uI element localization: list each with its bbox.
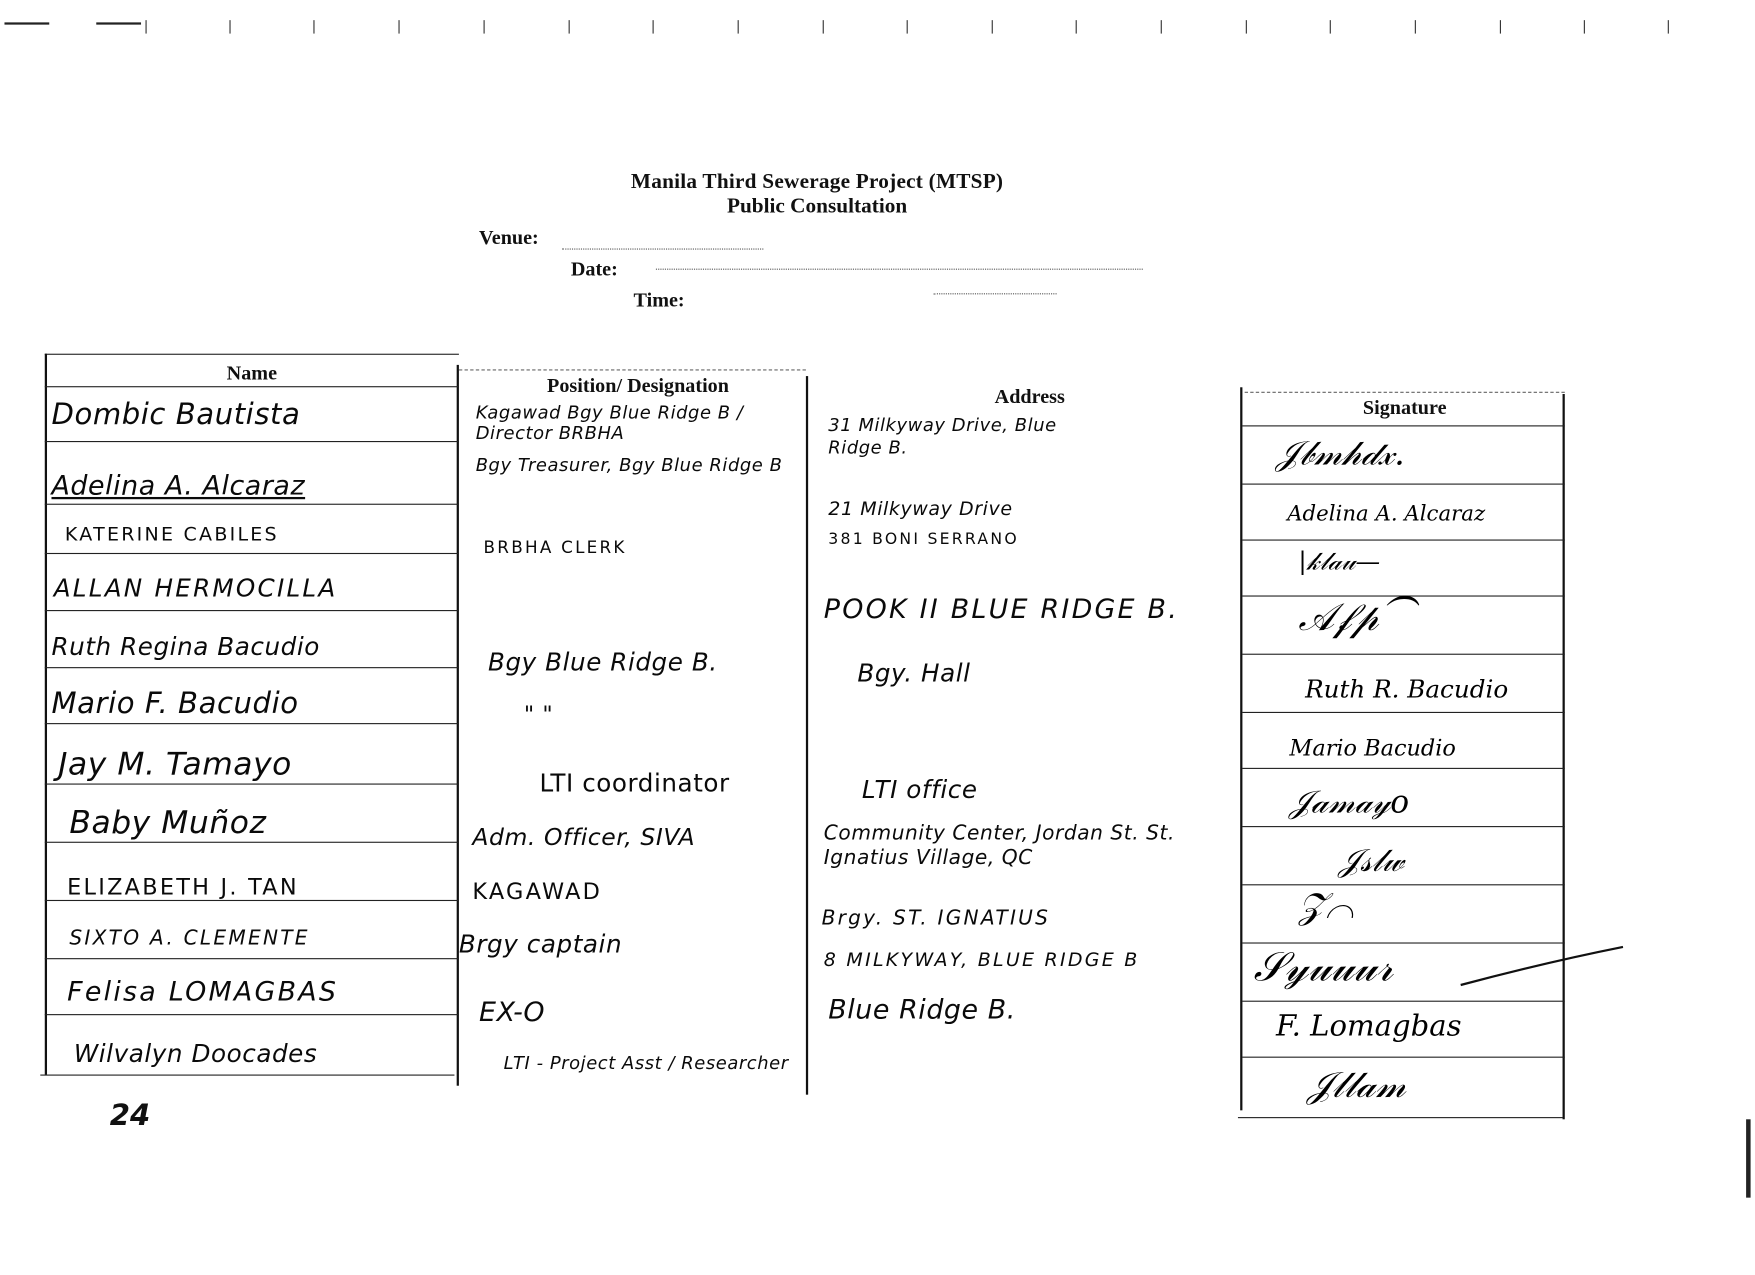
attendee-signature: 𝒥𝒶𝓂𝒶𝓎𝑜	[1289, 784, 1409, 822]
column-header-position: Position/ Designation	[492, 374, 783, 398]
attendee-position: BRBHA CLERK	[484, 537, 627, 557]
attendee-address: Blue Ridge B.	[828, 994, 1016, 1025]
attendee-signature: 𝒥𝒷𝓂𝒽𝒹𝓍.	[1276, 434, 1405, 473]
attendee-address: 8 MILKYWAY, BLUE RIDGE B	[824, 949, 1140, 971]
column-header-address: Address	[940, 385, 1119, 409]
scanned-attendance-sheet: Manila Third Sewerage Project (MTSP) Pub…	[0, 0, 1755, 1275]
attendee-address: 21 Milkyway Drive	[828, 498, 1012, 520]
scan-corner-mark	[96, 22, 141, 24]
attendee-name: KATERINE CABILES	[65, 524, 279, 546]
column-header-name: Name	[168, 362, 336, 386]
venue-label: Venue:	[479, 226, 539, 250]
attendee-position: LTI - Project Asst / Researcher	[504, 1052, 789, 1073]
date-label: Date:	[571, 257, 618, 281]
attendee-position: Bgy Blue Ridge B.	[488, 649, 718, 677]
attendee-position: Brgy captain	[459, 931, 622, 959]
table-border-left	[45, 354, 47, 1075]
attendee-address: LTI office	[862, 777, 978, 805]
attendee-name: ALLAN HERMOCILLA	[54, 575, 338, 603]
attendee-address: Community Center, Jordan St. St. Ignatiu…	[824, 822, 1249, 871]
attendee-address: 31 Milkyway Drive, Blue Ridge B.	[828, 414, 1097, 459]
attendee-position: EX-O	[479, 996, 545, 1027]
attendee-name: Wilvalyn Doocades	[74, 1041, 317, 1069]
attendee-position: " "	[524, 701, 553, 728]
attendee-signature: Ruth R. Bacudio	[1305, 676, 1508, 704]
attendee-position: Kagawad Bgy Blue Ridge B / Director BRBH…	[476, 403, 806, 443]
attendee-position: LTI coordinator	[540, 770, 730, 798]
attendee-name: Dombic Bautista	[51, 398, 300, 432]
attendee-position: Adm. Officer, SIVA	[472, 824, 695, 851]
scan-edge-ticks	[0, 16, 1755, 43]
venue-line	[562, 248, 763, 249]
attendee-address: Bgy. Hall	[857, 660, 970, 688]
attendee-name: Adelina A. Alcaraz	[51, 470, 305, 501]
attendee-name: Ruth Regina Bacudio	[51, 634, 319, 662]
attendee-signature: F. Lomagbas	[1276, 1010, 1462, 1044]
table-border-right	[1563, 394, 1565, 1119]
attendee-address: 381 BONI SERRANO	[828, 531, 1019, 549]
time-line	[933, 293, 1056, 294]
signature-stroke	[1455, 940, 1634, 996]
attendee-address: Brgy. ST. IGNATIUS	[822, 907, 1051, 931]
attendee-signature: 𝒥𝓁𝓁𝒶𝓂	[1307, 1063, 1406, 1107]
attendee-signature: |𝓀𝓁𝒶𝓊—	[1298, 548, 1380, 576]
column-divider	[806, 376, 808, 1095]
attendee-signature: 𝒜𝒻𝓅⁀	[1298, 595, 1414, 640]
column-header-signature: Signature	[1321, 396, 1489, 420]
document-title: Manila Third Sewerage Project (MTSP)	[470, 170, 1164, 195]
attendee-name: Baby Muñoz	[69, 804, 266, 841]
time-label: Time:	[634, 289, 685, 313]
attendee-signature: 𝒮𝓎𝓊𝓊𝓊𝓇	[1254, 945, 1394, 992]
attendee-signature: Adelina A. Alcaraz	[1287, 501, 1485, 526]
attendee-name: Mario F. Bacudio	[51, 687, 298, 721]
document-subtitle: Public Consultation	[470, 195, 1164, 220]
attendee-position: Bgy Treasurer, Bgy Blue Ridge B	[476, 454, 806, 476]
column-divider	[1240, 387, 1242, 1110]
date-line	[656, 269, 1143, 270]
attendee-address: POOK II BLUE RIDGE B.	[824, 593, 1179, 624]
attendee-name: Felisa LOMAGBAS	[67, 976, 338, 1007]
attendee-name: SIXTO A. CLEMENTE	[69, 927, 309, 951]
scan-edge-artifact	[1746, 1119, 1750, 1197]
attendee-signature: Mario Bacudio	[1289, 734, 1455, 761]
column-divider	[457, 365, 459, 1086]
attendee-signature: 𝒥𝓈𝓁𝓌	[1339, 842, 1404, 880]
scan-corner-mark	[4, 22, 49, 24]
document-header: Manila Third Sewerage Project (MTSP) Pub…	[470, 170, 1164, 219]
attendee-signature: 𝒵⌒	[1298, 884, 1354, 928]
attendee-position: KAGAWAD	[472, 878, 602, 905]
attendee-name: ELIZABETH J. TAN	[67, 873, 299, 900]
attendee-count-note: 24	[110, 1099, 151, 1133]
attendee-name: Jay M. Tamayo	[58, 745, 292, 782]
